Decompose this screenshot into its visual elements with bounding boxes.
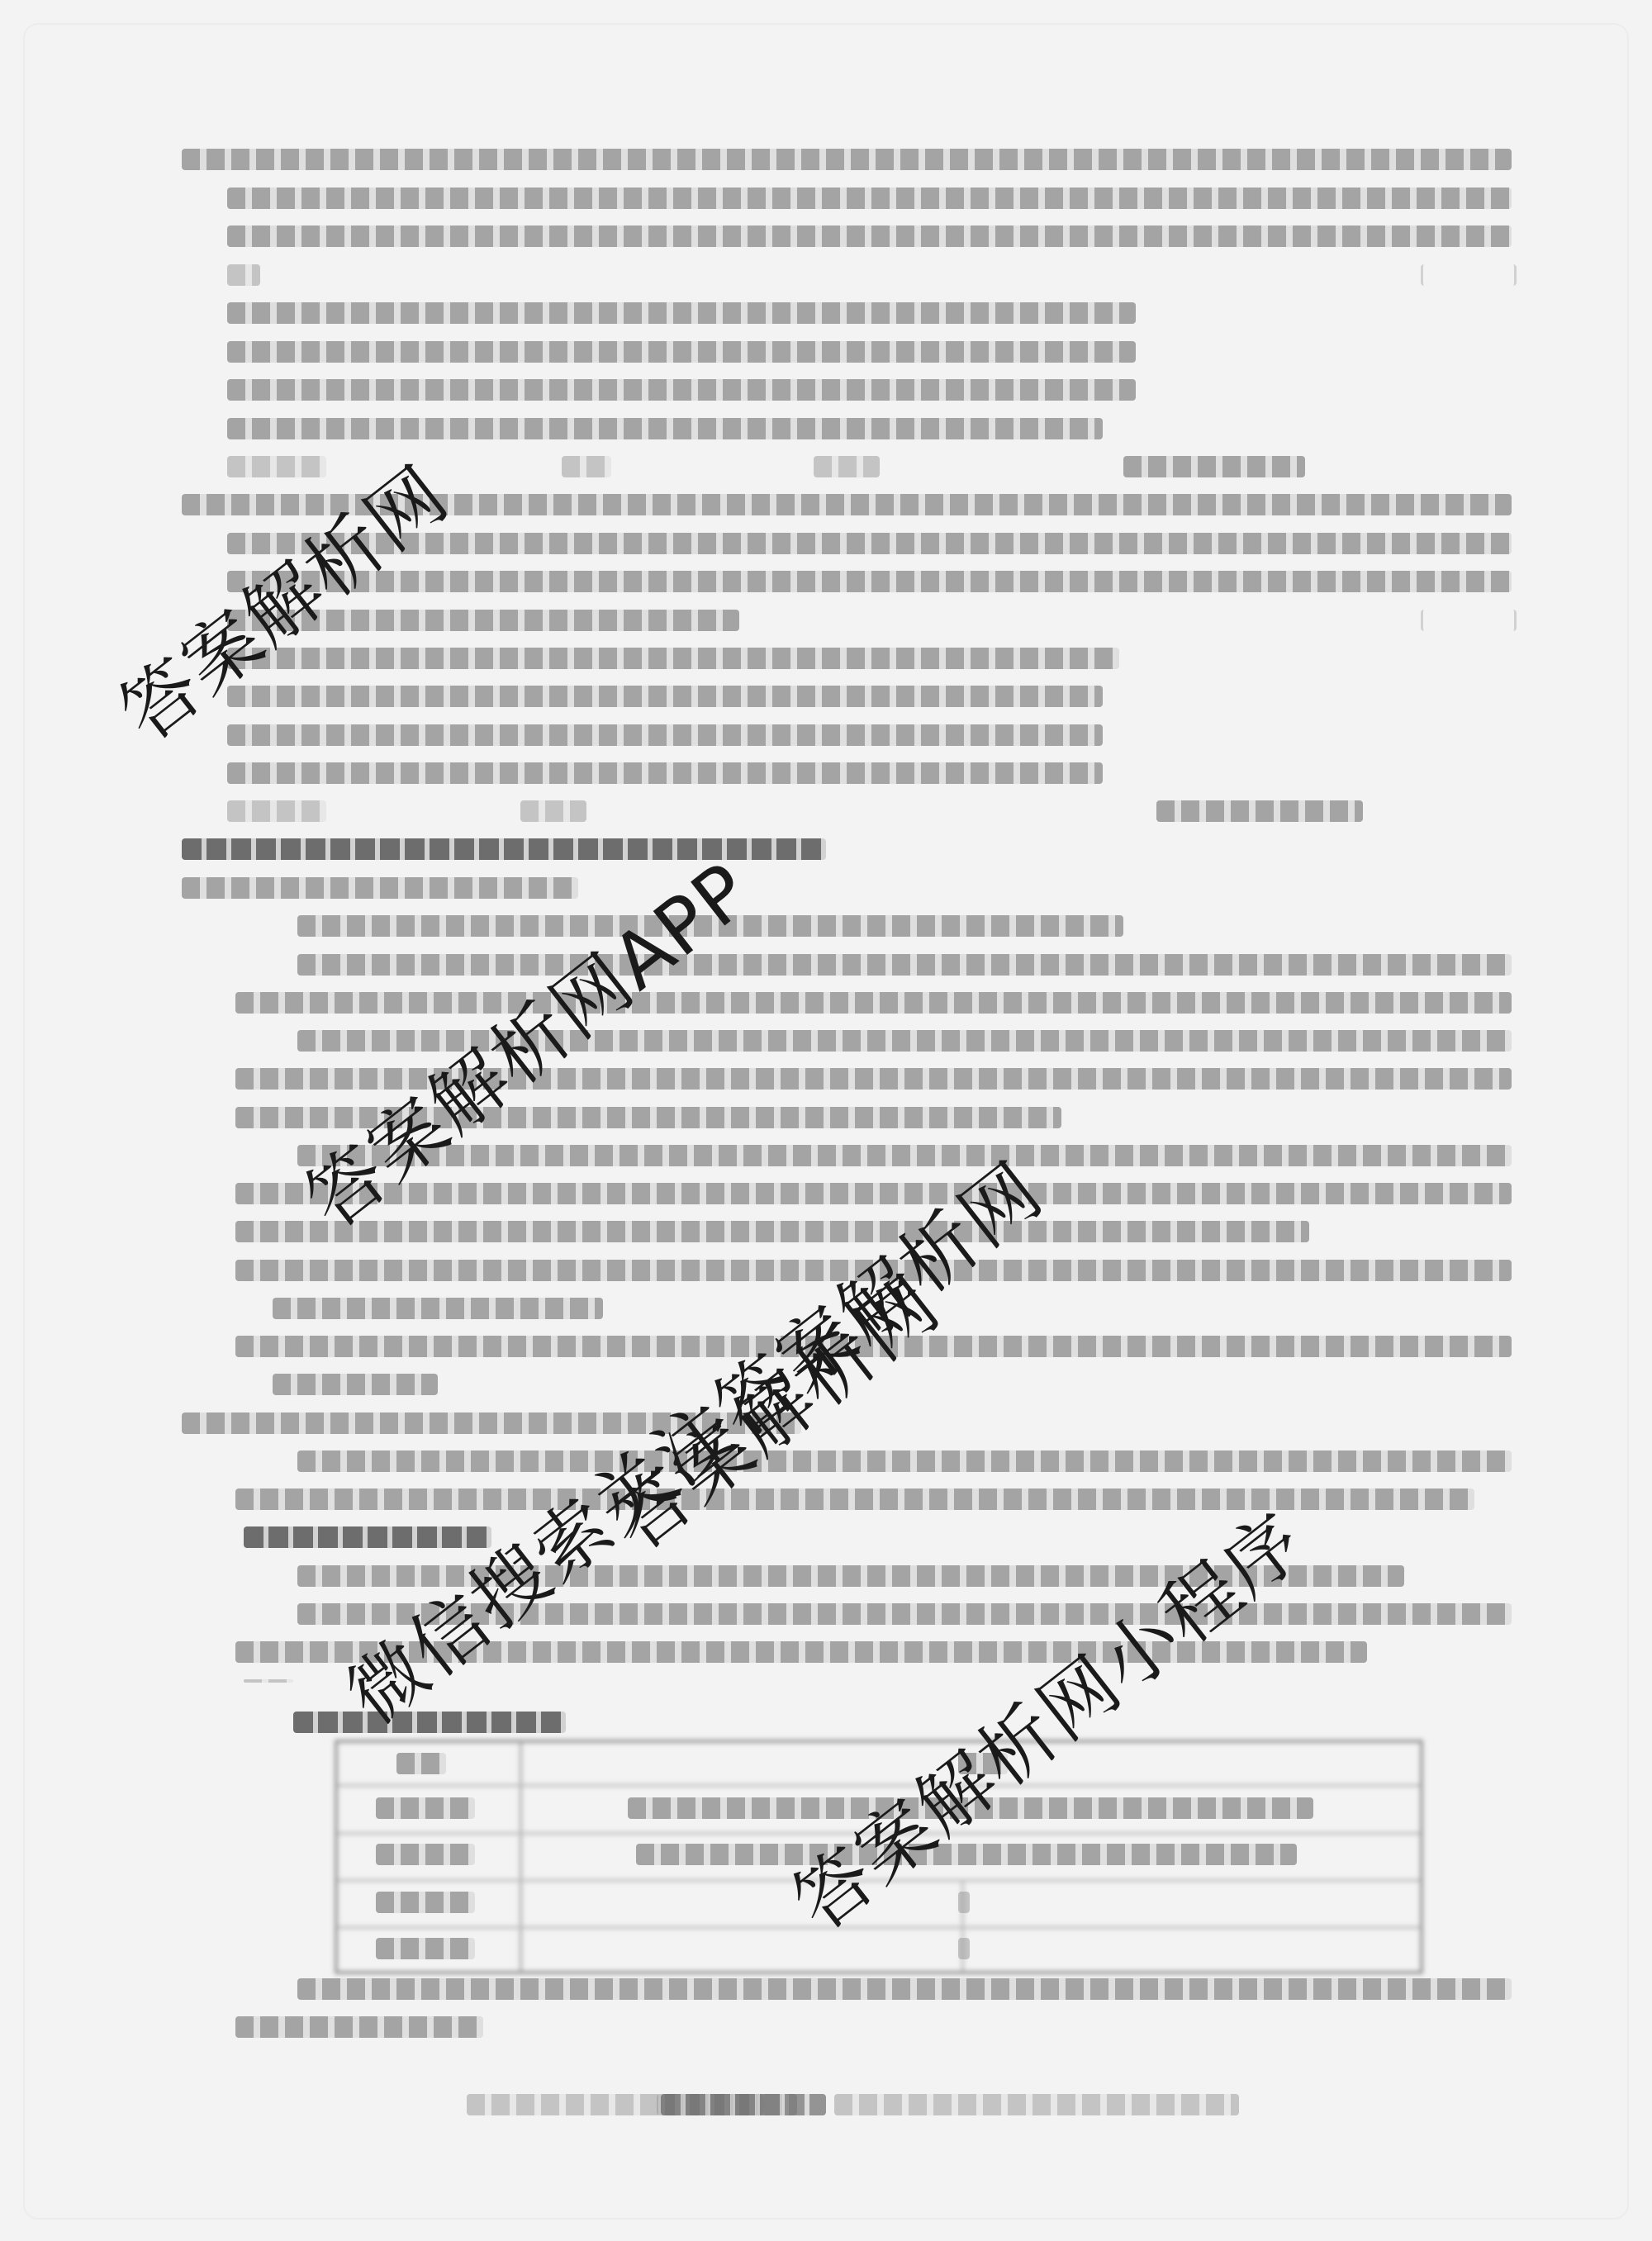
q17-para-1 (297, 1450, 1512, 1472)
q15-stmt-2 (227, 686, 1103, 707)
table-header-col1 (396, 1753, 446, 1774)
q16-para-7 (297, 1145, 1512, 1166)
answer-bracket (1421, 264, 1517, 286)
table-col-divider (520, 1743, 522, 1971)
footer-page (834, 2094, 1239, 2115)
q14-line-4 (227, 264, 260, 286)
q14-stmt-2 (227, 341, 1136, 363)
q14-stmt-4 (227, 418, 1103, 439)
table-row-label (376, 1892, 475, 1913)
answer-bracket (1421, 610, 1517, 631)
q16-para-2 (297, 954, 1512, 976)
q15-stmt-4 (227, 762, 1103, 784)
q17-subheading-1 (244, 1526, 491, 1548)
q14-stmt-1 (227, 302, 1136, 324)
footer-subject (661, 2094, 826, 2115)
q14-option-d (1123, 456, 1305, 477)
q16-sub-1b (273, 1298, 603, 1319)
q15-option-a (227, 800, 326, 822)
table-row-label (376, 1938, 475, 1959)
table-row-value (958, 1938, 970, 1959)
q15-stmt-1 (227, 648, 1119, 669)
part2-heading (182, 838, 826, 860)
q14-option-a (227, 456, 326, 477)
table-row-value (958, 1892, 970, 1913)
q14-option-c (814, 456, 880, 477)
instruction-line-2 (235, 2016, 483, 2038)
table-row-divider (338, 1926, 1420, 1929)
instruction-line-1 (297, 1978, 1512, 2000)
q15-stmt-3 (227, 724, 1103, 746)
q14-line-1 (182, 149, 1512, 170)
q17-subheading-2 (293, 1712, 566, 1733)
table-row-label (376, 1797, 475, 1819)
q14-stmt-3 (227, 379, 1136, 401)
q14-line-3 (227, 226, 1512, 247)
q14-option-b (562, 456, 611, 477)
table-row-label (376, 1844, 475, 1865)
q16-para-3 (235, 992, 1512, 1014)
q16-para-9 (235, 1221, 1309, 1242)
q17-rule (244, 1679, 293, 1683)
q16-sub-2b (273, 1374, 438, 1395)
q14-line-2 (227, 188, 1512, 209)
q15-option-d (1156, 800, 1363, 822)
q17-para-2 (235, 1488, 1474, 1510)
q16-line-1 (182, 877, 578, 899)
q15-option-b (520, 800, 586, 822)
q15-line-3 (227, 571, 1512, 592)
